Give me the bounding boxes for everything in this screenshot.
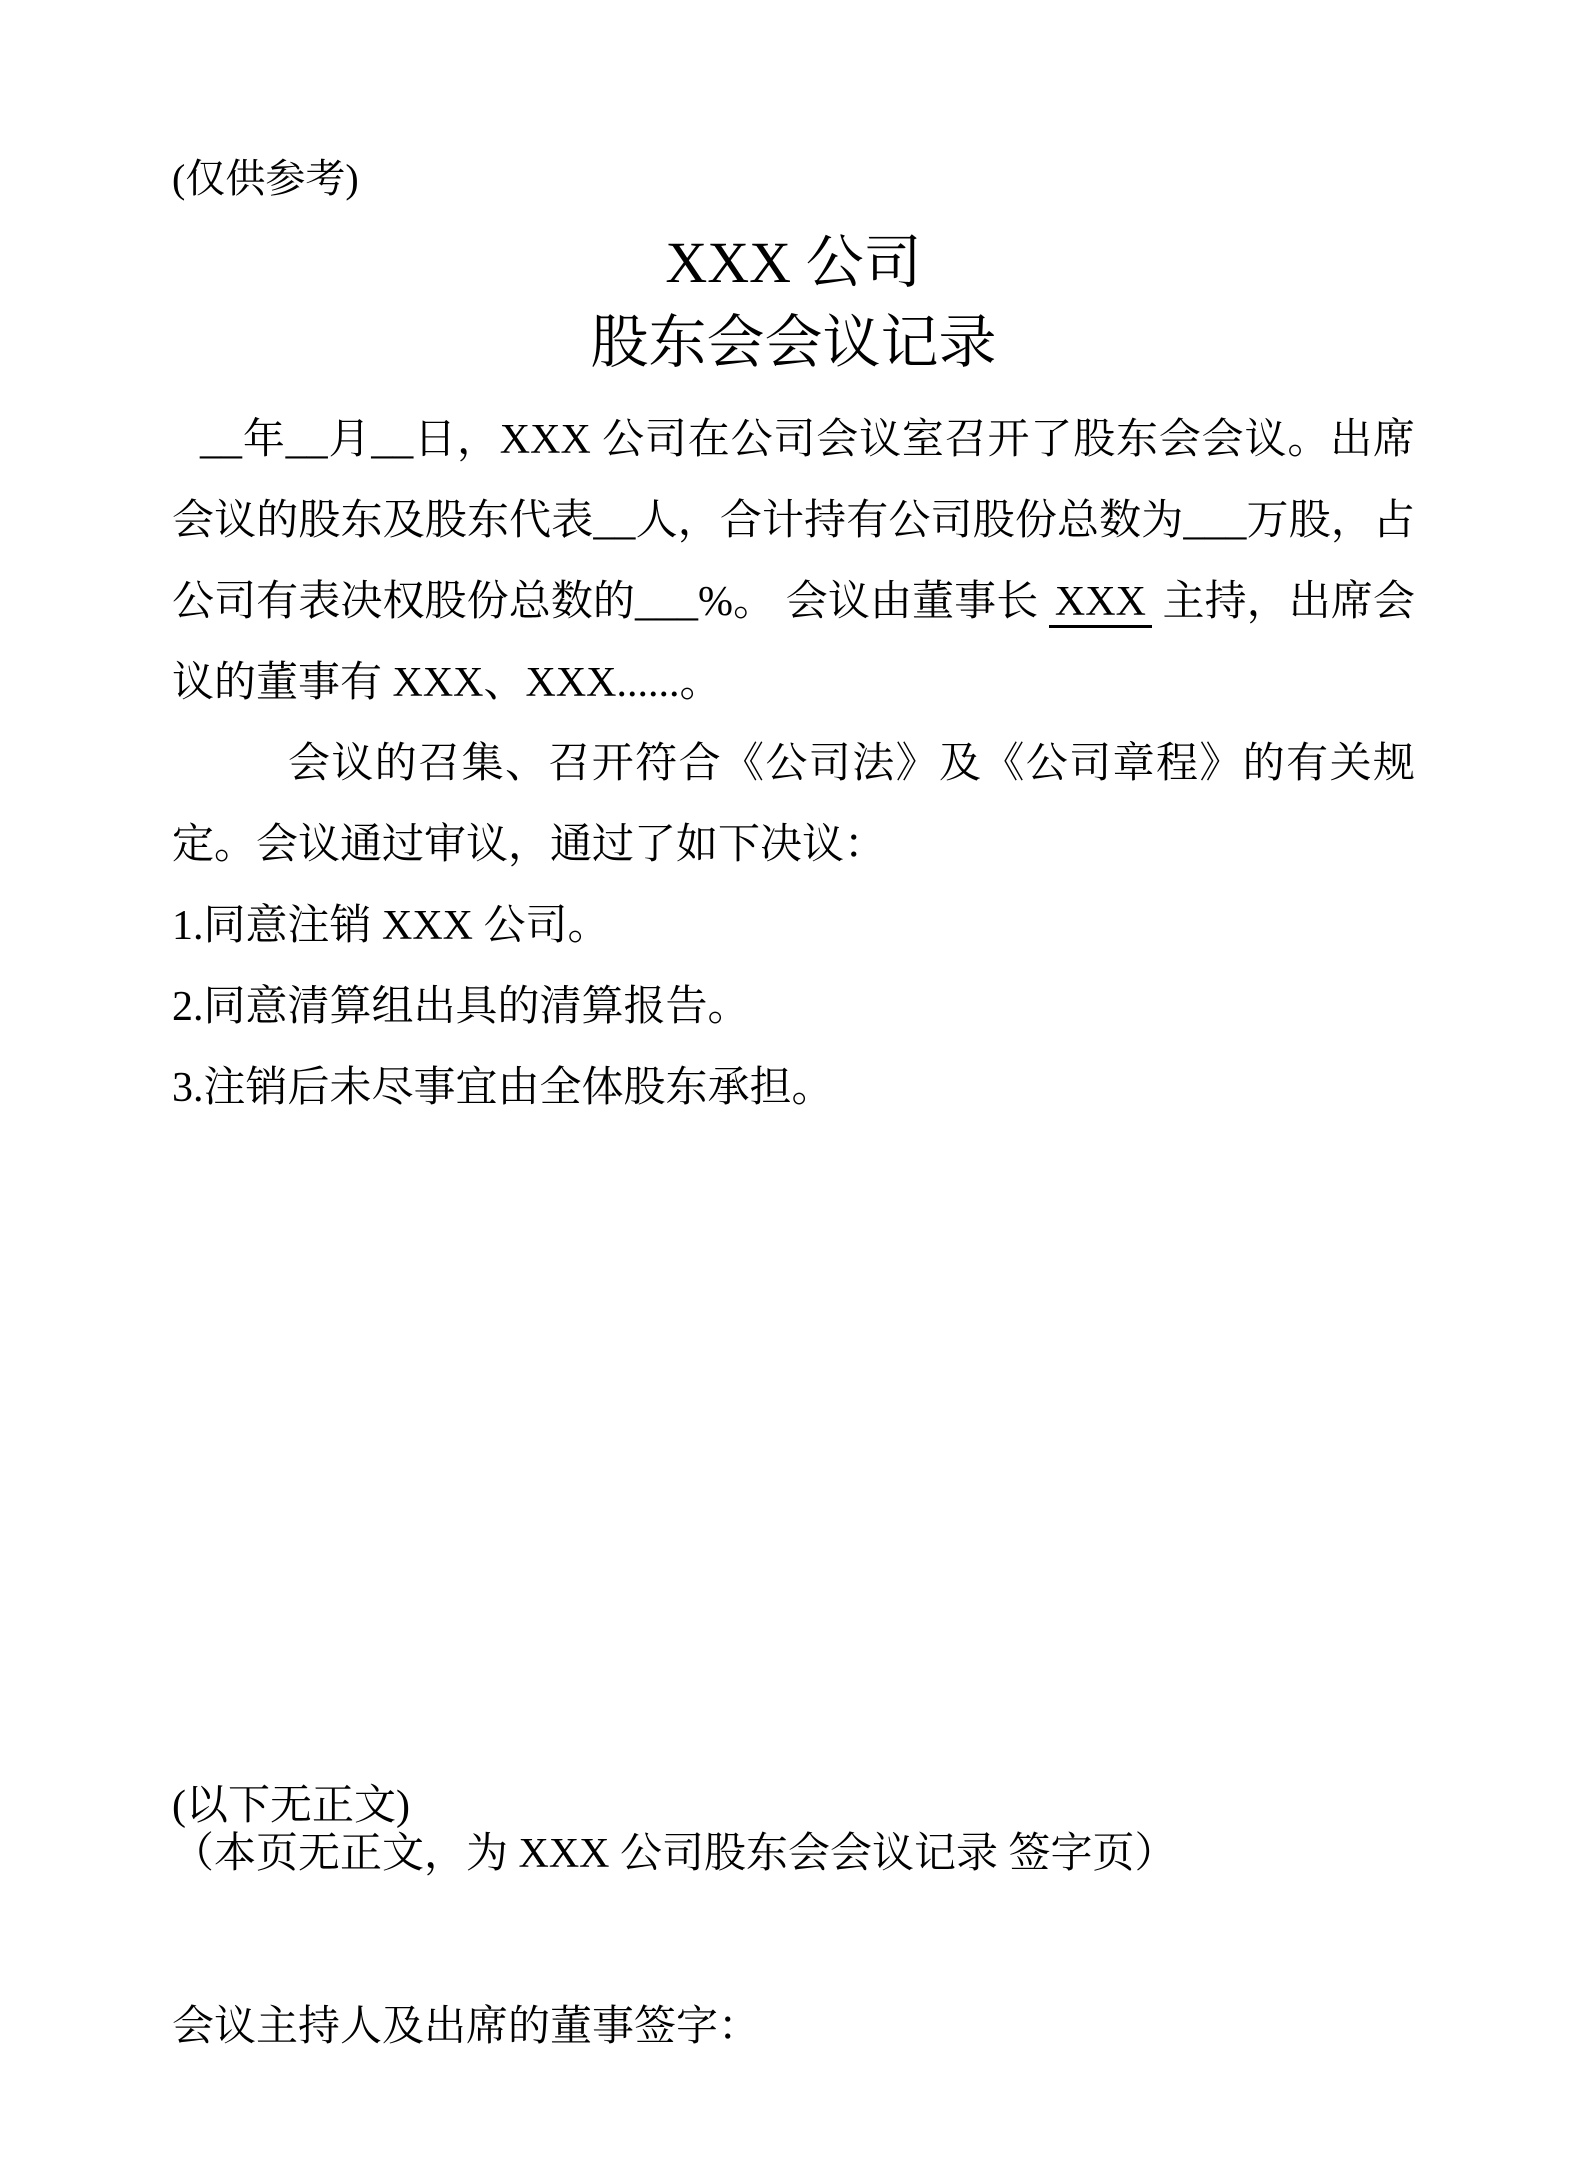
- reference-only-note: (仅供参考): [172, 155, 1415, 203]
- company-title: XXX 公司: [172, 228, 1415, 298]
- resolution-item-3: 3.注销后未尽事宜由全体股东承担。: [172, 1048, 1415, 1129]
- signature-page-note: （本页无正文，为 XXX 公司股东会会议记录 签字页）: [172, 1830, 1415, 1878]
- legality-paragraph: 会议的召集、召开符合《公司法》及《公司章程》的有关规定。会议通过审议，通过了如下…: [172, 724, 1415, 886]
- document-page: (仅供参考) XXX 公司 股东会会议记录 __年__月__日，XXX 公司在公…: [0, 0, 1587, 2182]
- chairman-name-blank: XXX: [1049, 579, 1152, 628]
- resolution-item-1: 1.同意注销 XXX 公司。: [172, 886, 1415, 967]
- no-more-text-note: (以下无正文): [172, 1782, 1415, 1830]
- signature-prompt: 会议主持人及出席的董事签字：: [172, 1987, 1415, 2068]
- closing-block: (以下无正文) （本页无正文，为 XXX 公司股东会会议记录 签字页）: [172, 1782, 1415, 1878]
- resolution-item-2: 2.同意清算组出具的清算报告。: [172, 967, 1415, 1048]
- document-title: 股东会会议记录: [172, 308, 1415, 378]
- meeting-summary-paragraph: __年__月__日，XXX 公司在公司会议室召开了股东会会议。出席会议的股东及股…: [172, 400, 1415, 724]
